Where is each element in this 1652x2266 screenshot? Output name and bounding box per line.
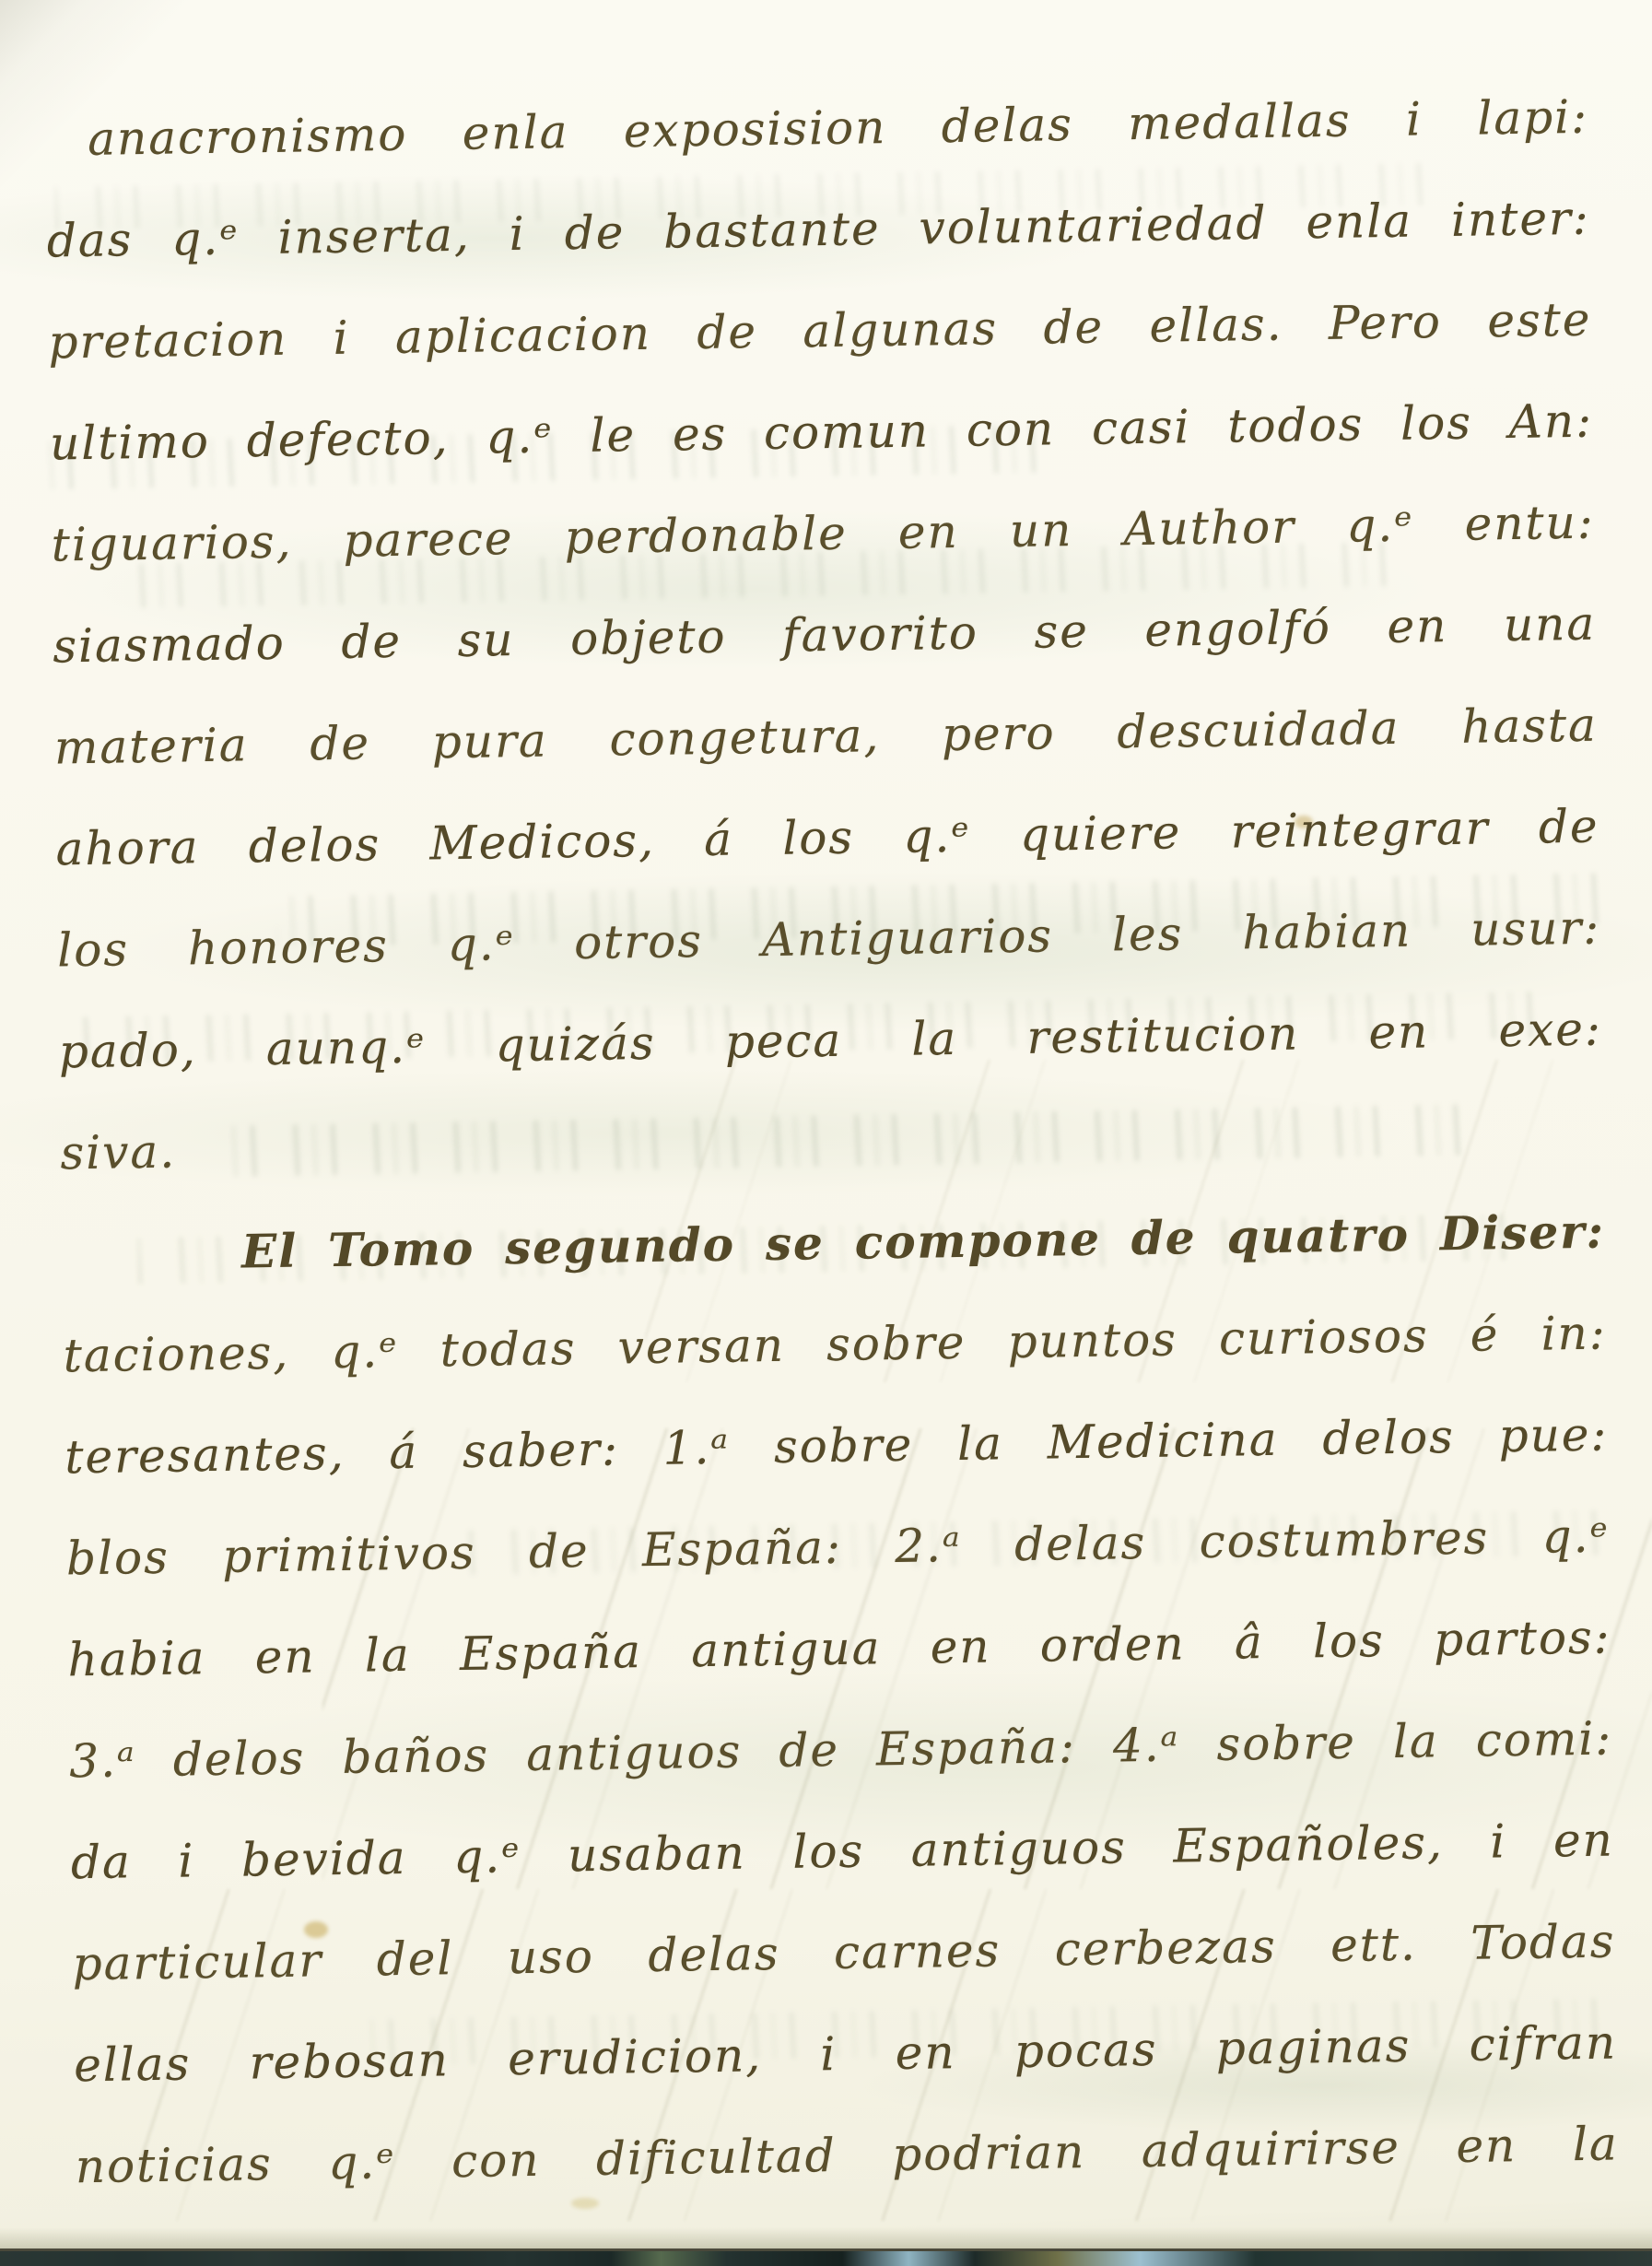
scan-edge-strip [0, 2248, 1652, 2266]
manuscript-text: anacronismo enla exposision delas medall… [44, 66, 1619, 2218]
manuscript-page: anacronismo enla exposision delas medall… [0, 0, 1652, 2266]
